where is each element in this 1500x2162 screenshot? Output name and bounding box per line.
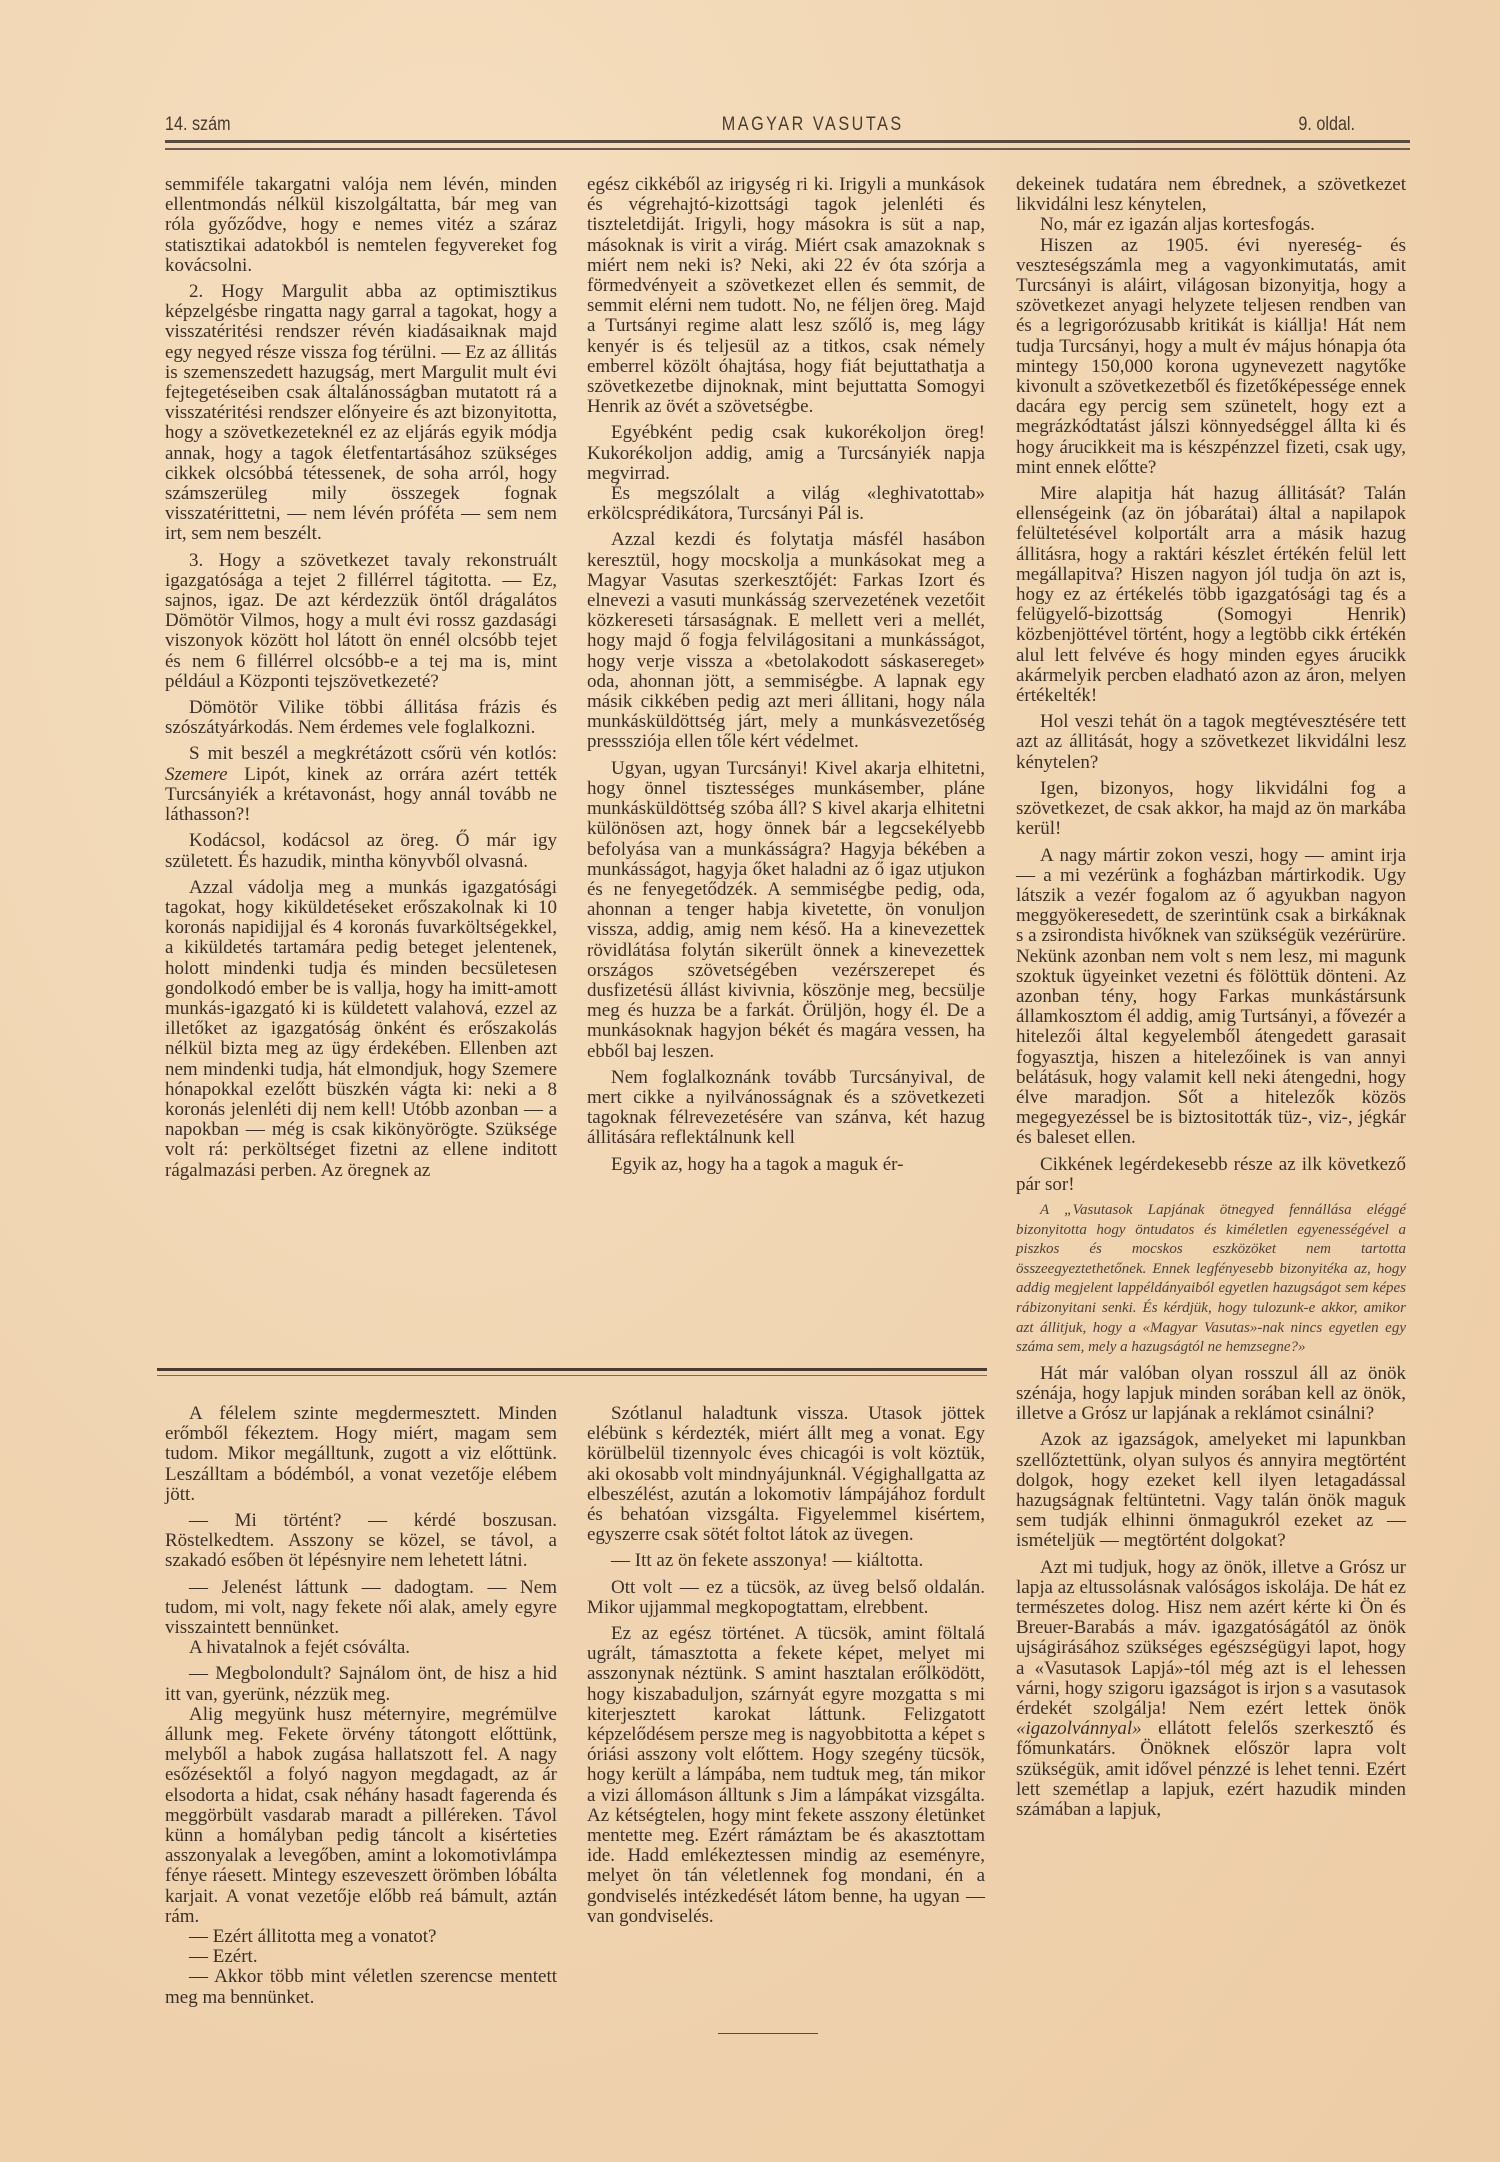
text-run: Azt mi tudjuk, hogy az önök, illetve a G…	[1016, 1557, 1406, 1719]
paragraph: Hol veszi tehát ön a tagok megtévesztésé…	[1016, 712, 1406, 773]
paragraph: Egyik az, hogy ha a tagok a maguk ér-	[587, 1155, 985, 1175]
italic-name: Szemere	[165, 764, 228, 785]
paragraph: — Akkor több mint véletlen szerencse men…	[165, 1967, 557, 2007]
paragraph: A félelem szinte megdermesztett. Minden …	[165, 1404, 557, 1505]
paragraph: S mit beszél a megkrétázott csőrü vén ko…	[165, 744, 557, 825]
page-number: 9. oldal.	[1298, 114, 1355, 136]
paragraph: A hivatalnok a fejét csóválta.	[165, 1638, 557, 1658]
paragraph: — Ezért állitotta meg a vonatot?	[165, 1927, 557, 1947]
paragraph: dekeinek tudatára nem ébrednek, a szövet…	[1016, 175, 1406, 215]
paragraph: Azok az igazságok, amelyeket mi lapunkba…	[1016, 1430, 1406, 1551]
paragraph: Mire alapitja hát hazug állitását? Talán…	[1016, 484, 1406, 706]
article-column-2: egész cikkéből az irigység ri ki. Irigyl…	[587, 175, 985, 1181]
paragraph: egész cikkéből az irigység ri ki. Irigyl…	[587, 175, 985, 417]
paragraph: Hiszen az 1905. évi nyereség- és vesztes…	[1016, 236, 1406, 478]
paragraph: — Ezért.	[165, 1947, 557, 1967]
paragraph: Kodácsol, kodácsol az öreg. Ő már igy sz…	[165, 831, 557, 871]
text-run: S mit beszél a megkrétázott csőrü vén ko…	[189, 743, 557, 764]
paragraph: 2. Hogy Margulit abba az optimisztikus k…	[165, 282, 557, 545]
article-column-3: dekeinek tudatára nem ébrednek, a szövet…	[1016, 175, 1406, 1826]
paragraph: Igen, bizonyos, hogy likvidálni fog a sz…	[1016, 779, 1406, 840]
paragraph: — Jelenést láttunk — dadogtam. — Nem tud…	[165, 1578, 557, 1639]
paragraph: Azzal vádolja meg a munkás igazgatósági …	[165, 878, 557, 1181]
paragraph: — Megbolondult? Sajnálom önt, de hisz a …	[165, 1664, 557, 1704]
paragraph: No, már ez igazán aljas kortesfogás.	[1016, 215, 1406, 235]
paragraph: Nem foglalkoznánk tovább Turcsányival, d…	[587, 1068, 985, 1149]
paragraph: Dömötör Vilike többi állitása frázis és …	[165, 698, 557, 738]
article-column-1: semmiféle takargatni valója nem lévén, m…	[165, 175, 557, 1187]
paragraph: Ez az egész történet. A tücsök, amint fö…	[587, 1624, 985, 1927]
paragraph: Egyébként pedig csak kukorékoljon öreg! …	[587, 423, 985, 484]
paragraph: Hát már valóban olyan rosszul áll az önö…	[1016, 1364, 1406, 1425]
paragraph: — Mi történt? — kérdé boszusan. Röstelke…	[165, 1511, 557, 1572]
paragraph: Ugyan, ugyan Turcsányi! Kivel akarja elh…	[587, 759, 985, 1062]
paragraph: semmiféle takargatni valója nem lévén, m…	[165, 175, 557, 276]
newspaper-title: MAGYAR VASUTAS	[722, 114, 904, 136]
page-header: 14. szám MAGYAR VASUTAS 9. oldal.	[165, 112, 1202, 142]
section-divider	[157, 1368, 987, 1376]
italic-term: «igazolvánnyal»	[1016, 1718, 1142, 1739]
paragraph: Cikkének legérdekesebb része az ilk köve…	[1016, 1155, 1406, 1195]
story-end-rule	[718, 2033, 818, 2034]
story-column-2: Szótlanul haladtunk vissza. Utasok jötte…	[587, 1404, 985, 1933]
story-column-1: A félelem szinte megdermesztett. Minden …	[165, 1404, 557, 2008]
paragraph: Azt mi tudjuk, hogy az önök, illetve a G…	[1016, 1558, 1406, 1821]
paragraph: Alig megyünk husz méternyire, megrémülve…	[165, 1705, 557, 1927]
quoted-passage: A „Vasutasok Lapjának ötnegyed fennállás…	[1016, 1201, 1406, 1358]
paragraph: Ott volt — ez a tücsök, az üveg belső ol…	[587, 1578, 985, 1618]
paragraph: És megszólalt a világ «leghivatottab» er…	[587, 484, 985, 524]
paragraph: Szótlanul haladtunk vissza. Utasok jötte…	[587, 1404, 985, 1545]
issue-number: 14. szám	[165, 114, 231, 136]
paragraph: 3. Hogy a szövetkezet tavaly rekonstruál…	[165, 551, 557, 692]
paragraph: — Itt az ön fekete asszonya! — kiáltotta…	[587, 1551, 985, 1571]
paragraph: A nagy mártir zokon veszi, hogy — amint …	[1016, 846, 1406, 1149]
header-rule	[165, 140, 1410, 150]
paragraph: Azzal kezdi és folytatja másfél hasábon …	[587, 530, 985, 752]
